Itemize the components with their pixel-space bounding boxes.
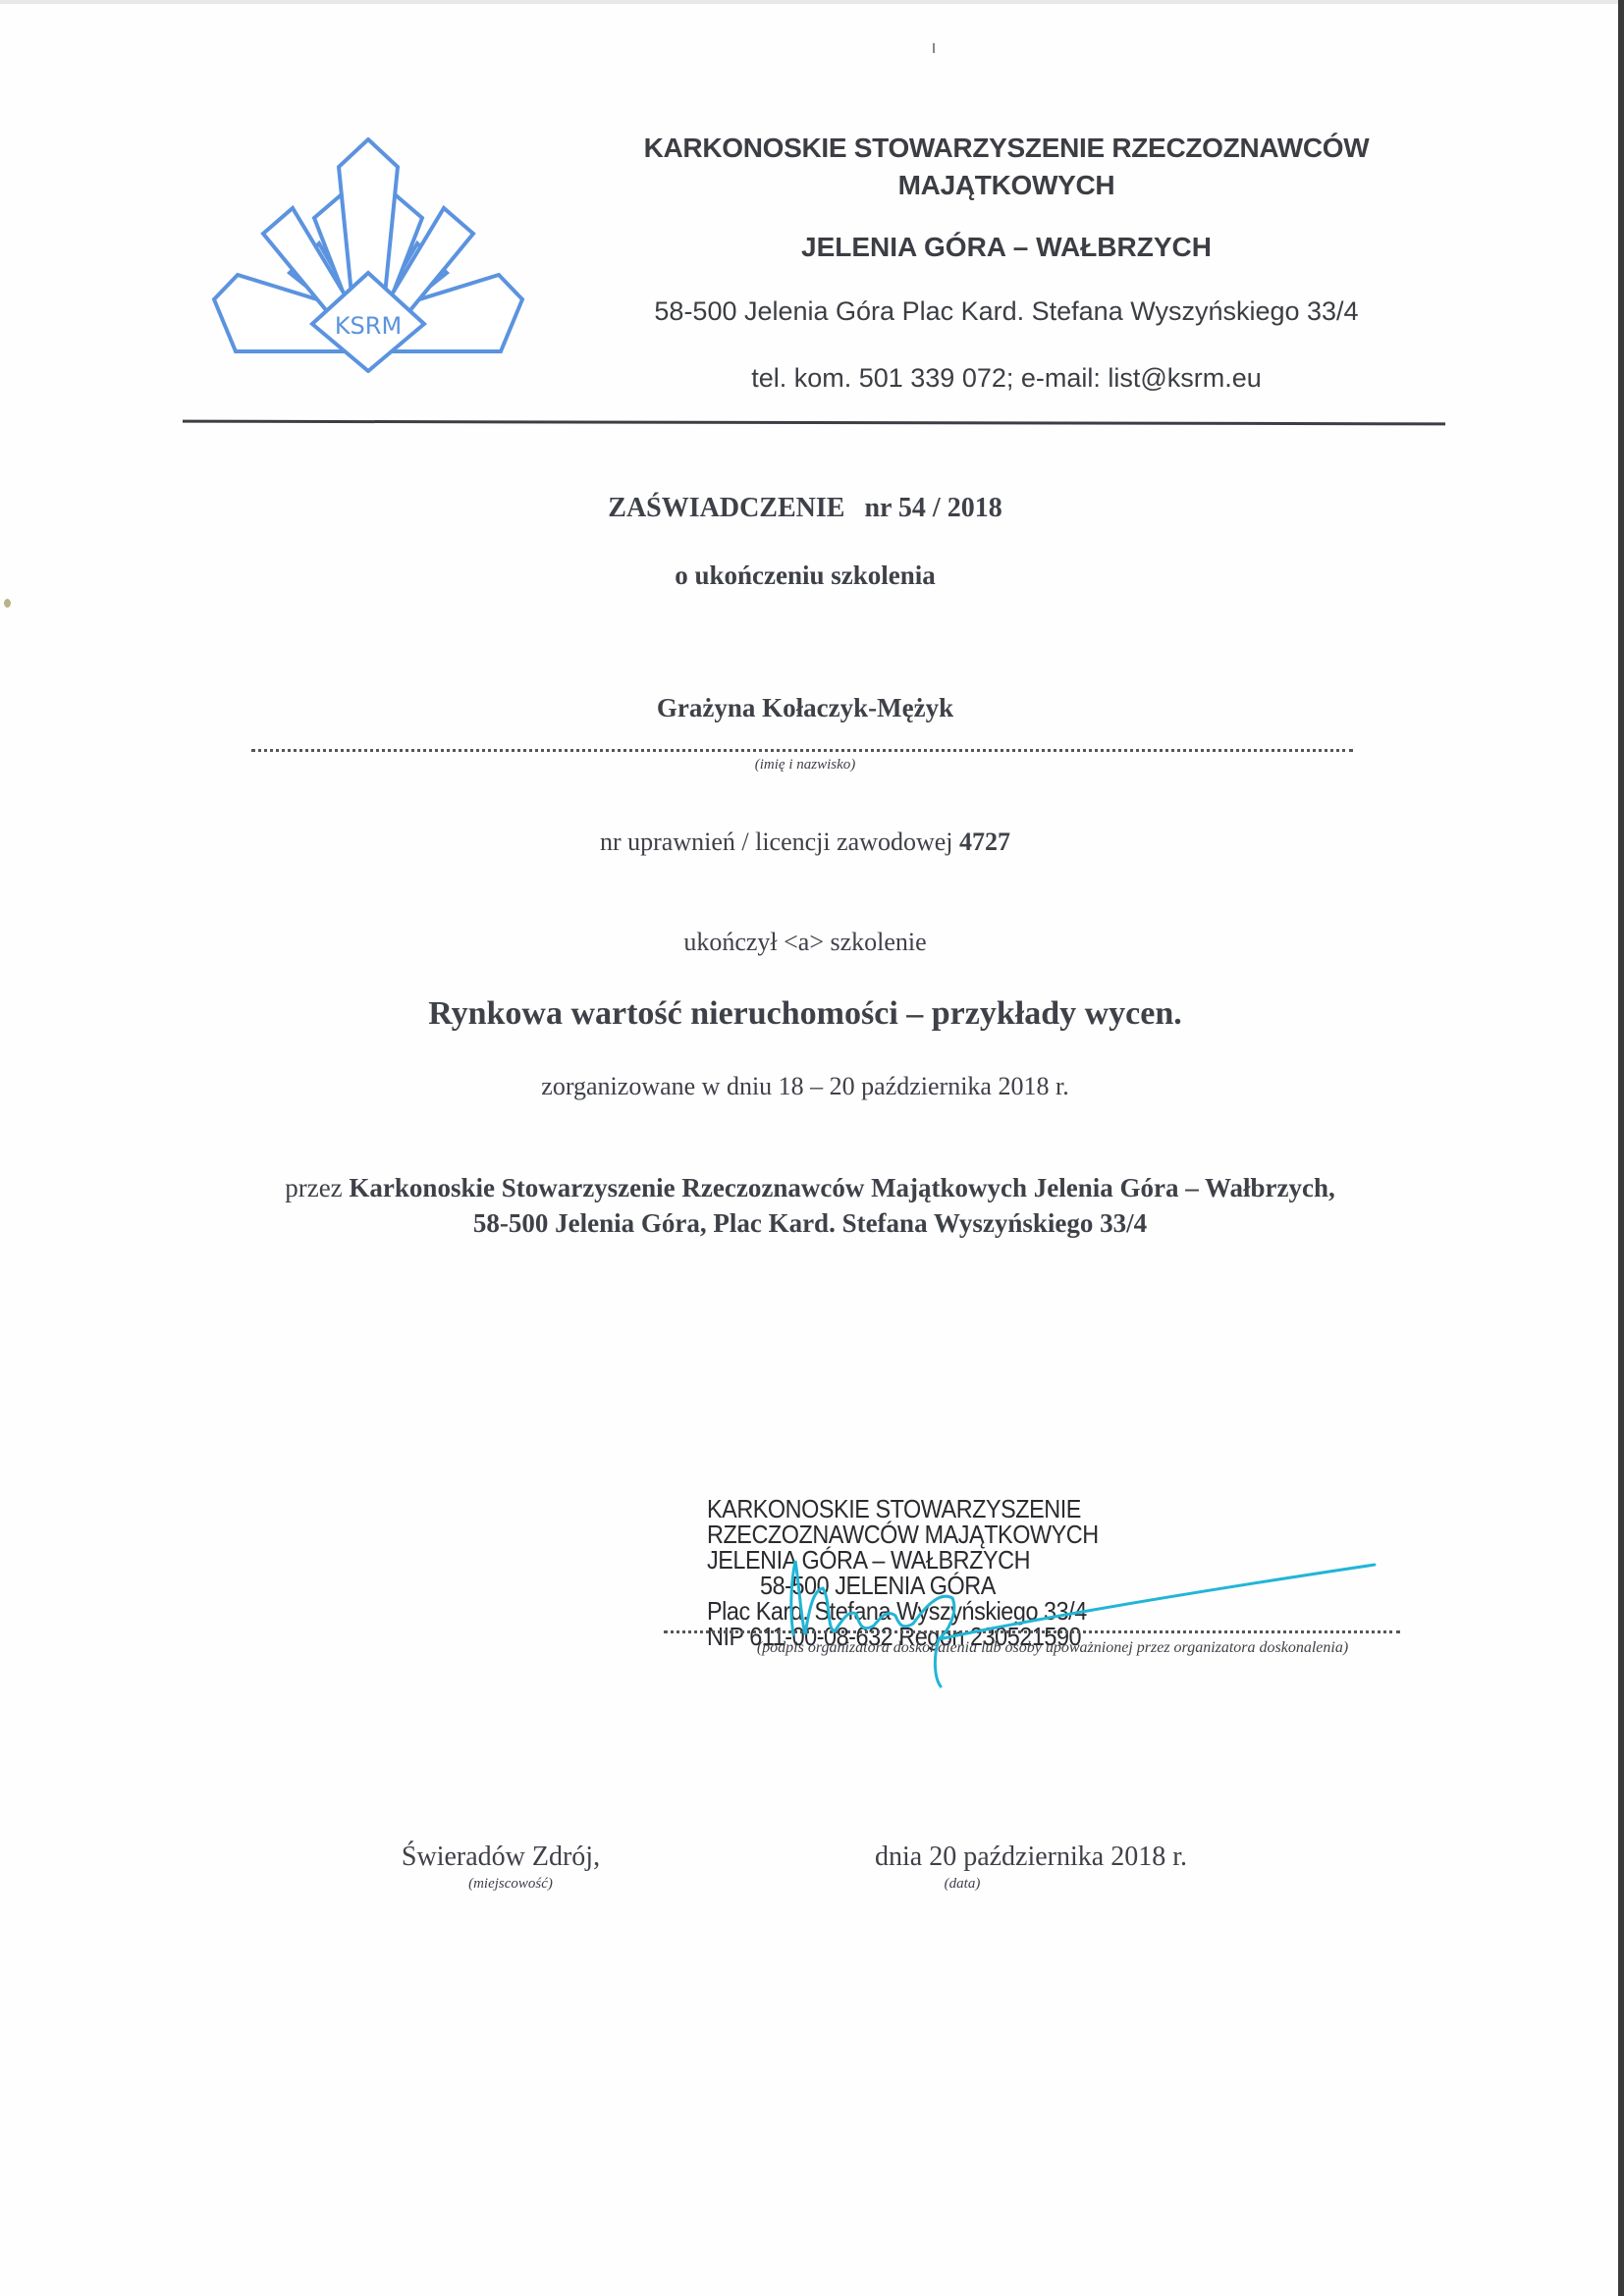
org-name: KARKONOSKIE STOWARZYSZENIE RZECZOZNAWCÓW… bbox=[589, 130, 1424, 204]
stamp-line: KARKONOSKIE STOWARZYSZENIE bbox=[707, 1496, 1099, 1522]
header-divider bbox=[183, 420, 1445, 426]
svg-text:KSRM: KSRM bbox=[335, 312, 402, 340]
course-title: Rynkowa wartość nieruchomości – przykład… bbox=[295, 995, 1316, 1033]
person-name: Grażyna Kołaczyk-Mężyk bbox=[393, 693, 1218, 723]
scan-speck bbox=[4, 599, 11, 608]
certificate-title-label: ZAŚWIADCZENIE bbox=[608, 493, 844, 523]
organizer-address: 58-500 Jelenia Góra, Plac Kard. Stefana … bbox=[473, 1208, 1147, 1238]
place: Świeradów Zdrój, bbox=[373, 1842, 628, 1873]
organizer-prefix: przez bbox=[285, 1173, 342, 1202]
place-caption: (miejscowość) bbox=[412, 1876, 609, 1893]
handwritten-signature-icon bbox=[766, 1541, 1394, 1688]
license-label: nr uprawnień / licencji zawodowej bbox=[600, 828, 953, 856]
certificate-number: nr 54 / 2018 bbox=[864, 493, 1001, 523]
name-dotted-line bbox=[251, 749, 1353, 752]
person-name-caption: (imię i nazwisko) bbox=[687, 757, 923, 774]
org-address: 58-500 Jelenia Góra Plac Kard. Stefana W… bbox=[589, 296, 1424, 327]
org-name-line2: MAJĄTKOWYCH bbox=[589, 167, 1424, 204]
course-dates: zorganizowane w dniu 18 – 20 październik… bbox=[295, 1072, 1316, 1101]
date-caption: (data) bbox=[913, 1876, 1011, 1893]
organizer-block: przez Karkonoskie Stowarzyszenie Rzeczoz… bbox=[177, 1170, 1443, 1241]
scan-mark bbox=[933, 43, 935, 53]
license-number: 4727 bbox=[959, 828, 1010, 856]
scan-edge-top bbox=[0, 0, 1618, 4]
ksrm-logo-icon: KSRM bbox=[206, 137, 530, 373]
issue-date: dnia 20 października 2018 r. bbox=[844, 1842, 1218, 1873]
org-name-line1: KARKONOSKIE STOWARZYSZENIE RZECZOZNAWCÓW bbox=[589, 130, 1424, 167]
org-city: JELENIA GÓRA – WAŁBRZYCH bbox=[589, 232, 1424, 263]
license-line: nr uprawnień / licencji zawodowej 4727 bbox=[393, 828, 1218, 857]
certificate-subtitle: o ukończeniu szkolenia bbox=[393, 561, 1218, 591]
completed-text: ukończył <a> szkolenie bbox=[393, 928, 1218, 957]
scan-edge-right bbox=[1618, 0, 1624, 2296]
certificate-page: KSRM KARKONOSKIE STOWARZYSZENIE RZECZOZN… bbox=[0, 0, 1624, 2296]
org-contact: tel. kom. 501 339 072; e-mail: list@ksrm… bbox=[589, 363, 1424, 394]
certificate-title: ZAŚWIADCZENIEnr 54 / 2018 bbox=[393, 493, 1218, 524]
organizer-name: Karkonoskie Stowarzyszenie Rzeczoznawców… bbox=[349, 1173, 1334, 1202]
